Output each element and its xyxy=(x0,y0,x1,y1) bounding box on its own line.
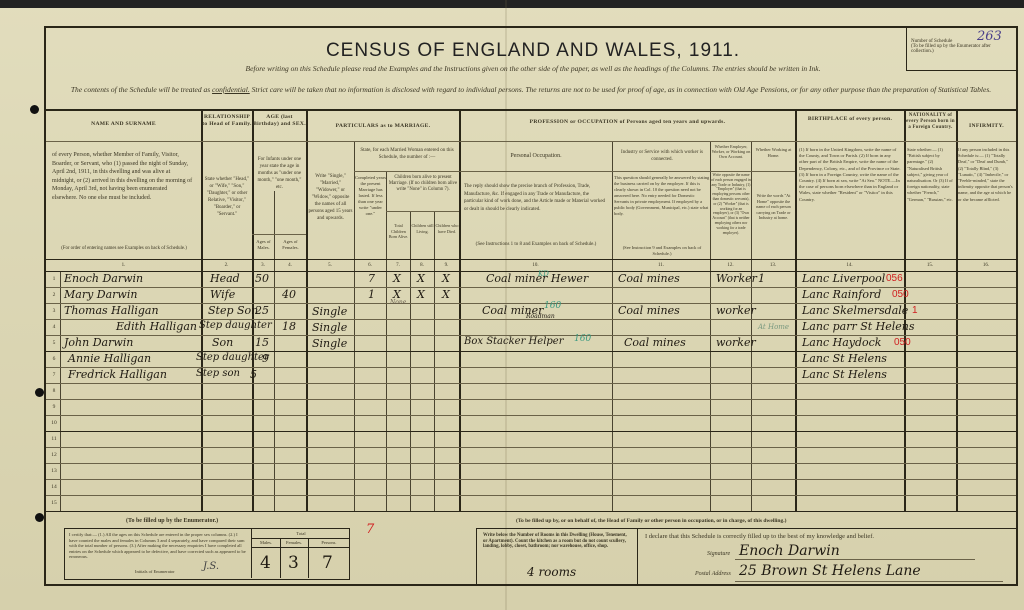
col-line xyxy=(434,211,435,511)
row-number: 6 xyxy=(48,356,60,362)
column-number: 15. xyxy=(904,263,956,268)
header-age-females: Ages of Females. xyxy=(275,239,306,250)
age-female: 40 xyxy=(282,288,296,301)
row-number: 12 xyxy=(48,452,60,458)
declaration: I declare that this Schedule is correctl… xyxy=(645,533,874,540)
total-persons: 7 xyxy=(322,553,333,573)
col-line xyxy=(612,141,613,511)
rooms-instruction: Write below the Number of Rooms in this … xyxy=(483,533,631,550)
column-number: 6. xyxy=(354,263,386,268)
person-name: Annie Halligan xyxy=(68,352,151,365)
relationship: Head xyxy=(210,272,240,285)
birthplace: Lanc Haydock xyxy=(802,336,881,349)
age-male: 5 xyxy=(250,368,257,381)
address-label: Postal Address xyxy=(695,571,731,577)
employment-status: worker xyxy=(716,304,756,317)
marital-status: Single xyxy=(312,305,347,318)
column-number: 7. xyxy=(386,263,410,268)
birthplace-code: 056 xyxy=(886,273,903,284)
at-home: At Home xyxy=(758,323,789,331)
enumerator-heading: (To be filled up by the Enumerator.) xyxy=(126,518,218,524)
age-female: 9 xyxy=(262,352,269,365)
persons-label: Persons. xyxy=(308,540,350,546)
birthplace-code: 050 xyxy=(894,337,911,348)
header-divider xyxy=(46,141,1016,142)
at-home: 1 xyxy=(758,272,765,285)
birthplace: Lanc Skelmersdale xyxy=(802,304,908,317)
column-number: 10. xyxy=(459,263,612,268)
row-number: 3 xyxy=(48,308,60,314)
header-nationality: NATIONALITY of every Person born in a Fo… xyxy=(906,113,955,130)
column-number: 8. xyxy=(410,263,434,268)
header-personal-occupation-desc: The reply should show the precise branch… xyxy=(464,183,608,213)
industry: Coal mines xyxy=(618,272,680,285)
relationship: Step daughter xyxy=(196,352,269,363)
row-number: 5 xyxy=(48,340,60,346)
birthplace: Lanc parr St Helens xyxy=(802,320,915,333)
enumerator-certify: I certify that:— (1.) All the ages on th… xyxy=(69,532,247,560)
row-number: 14 xyxy=(48,484,60,490)
rooms-count: 4 rooms xyxy=(527,565,576,579)
none-note: None xyxy=(390,299,406,306)
header-married-woman: State, for each Married Woman entered on… xyxy=(356,147,458,161)
column-number: 13. xyxy=(751,263,795,268)
row-number: 8 xyxy=(48,388,60,394)
row-number: 13 xyxy=(48,468,60,474)
header-name-note: (For order of entering names see Example… xyxy=(50,245,198,252)
relationship: Step Son xyxy=(208,304,258,317)
header-personal-occupation: Personal Occupation. xyxy=(460,153,612,160)
column-number: 1. xyxy=(46,263,201,268)
header-employer-desc: Write opposite the name of each person e… xyxy=(711,173,751,235)
header-age: AGE (last Birthday) and SEX. xyxy=(253,114,306,127)
person-name: Edith Halligan xyxy=(116,320,197,333)
enumerator-initials: J.S. xyxy=(203,561,219,572)
census-schedule-page: CENSUS OF ENGLAND AND WALES, 1911. Befor… xyxy=(0,0,1024,610)
header-birthplace: BIRTHPLACE of every person. xyxy=(808,116,892,122)
row-number: 7 xyxy=(48,372,60,378)
header-marriage-write: Write "Single," "Married," "Widower," or… xyxy=(308,173,353,222)
instruction-line: Before writing on this Schedule please r… xyxy=(46,64,1020,73)
marital-status: Single xyxy=(312,321,347,334)
employment-status: worker xyxy=(716,336,756,349)
scan-edge xyxy=(0,0,1024,8)
total-label: Total xyxy=(252,531,350,537)
person-name: Fredrick Halligan xyxy=(68,368,167,381)
schedule-number-box: Number of Schedule (To be filled up by t… xyxy=(906,27,1016,71)
signature: Enoch Darwin xyxy=(739,543,840,559)
header-marriage: PARTICULARS as to MARRIAGE. xyxy=(336,123,431,129)
birthplace: Lanc St Helens xyxy=(802,368,887,381)
header-relationship: RELATIONSHIP to Head of Family. xyxy=(202,114,252,127)
birthplace-code: 050 xyxy=(892,289,909,300)
males-label: Males. xyxy=(252,540,280,546)
person-name: Enoch Darwin xyxy=(64,272,143,285)
col-line xyxy=(306,111,308,511)
row-number: 11 xyxy=(48,436,60,442)
signature-label: Signature xyxy=(707,551,730,557)
head-section-heading: (To be filled up by, or on behalf of, th… xyxy=(516,518,786,524)
header-personal-occupation-note: (See Instructions 1 to 8 and Examples on… xyxy=(464,241,608,248)
age-male: 25 xyxy=(255,304,269,317)
census-table: NAME AND SURNAME of every Person, whethe… xyxy=(46,109,1016,511)
column-number: 12. xyxy=(710,263,751,268)
total-females: 3 xyxy=(288,553,299,573)
header-at-home: Whether Working at Home. xyxy=(752,147,795,158)
occupation-sub: Roadman xyxy=(526,313,555,320)
header-industry-note: (See Instruction 9 and Examples on back … xyxy=(614,245,710,256)
col-line xyxy=(60,271,61,511)
header-completed-years: Completed years the present Marriage has… xyxy=(355,175,386,217)
females-label: Females. xyxy=(280,540,308,546)
age-male: 50 xyxy=(255,272,269,285)
industry: Coal mines xyxy=(618,304,680,317)
person-name: Mary Darwin xyxy=(64,288,137,301)
birthplace: Lanc St Helens xyxy=(802,352,887,365)
birthplace-code: 1 xyxy=(912,305,918,316)
header-name-desc: of every Person, whether Member of Famil… xyxy=(52,151,194,202)
schedule-number: 263 xyxy=(977,29,1002,44)
header-employer: Whether Employer, Worker, or Working on … xyxy=(711,144,751,159)
header-have-died: Children who have Died. xyxy=(435,223,459,234)
column-number: 9. xyxy=(434,263,459,268)
children-died: X xyxy=(442,272,450,285)
children-died: X xyxy=(442,288,450,301)
marital-status: Single xyxy=(312,337,347,350)
page-title: CENSUS OF ENGLAND AND WALES, 1911. xyxy=(46,40,1020,62)
confidential-notice: The contents of the Schedule will be tre… xyxy=(56,84,1006,95)
occupation-code: 160 xyxy=(544,301,561,311)
header-industry: Industry or Service with which worker is… xyxy=(614,149,710,163)
header-divider xyxy=(354,171,459,172)
header-infirmity-desc: If any person included in this Schedule … xyxy=(958,147,1014,203)
col-line xyxy=(386,171,387,511)
occupation-code: KD xyxy=(538,270,549,278)
punch-hole xyxy=(30,105,39,114)
row-number: 10 xyxy=(48,420,60,426)
header-at-home-desc: Write the words "At Home" opposite the n… xyxy=(752,193,795,221)
header-divider xyxy=(252,234,306,235)
schedule-frame: CENSUS OF ENGLAND AND WALES, 1911. Befor… xyxy=(44,26,1018,586)
header-name: NAME AND SURNAME xyxy=(91,121,156,127)
column-number: 11. xyxy=(612,263,710,268)
row-number: 2 xyxy=(48,292,60,298)
punch-hole xyxy=(35,513,44,522)
children-living: X xyxy=(417,272,425,285)
header-divider xyxy=(386,211,459,212)
birthplace: Lanc Rainford xyxy=(802,288,881,301)
column-number: 4. xyxy=(274,263,306,268)
occupation-code: 160 xyxy=(574,334,591,344)
total-males: 4 xyxy=(260,553,271,573)
column-number: 3. xyxy=(252,263,274,268)
totals-area: Total Males. Females. Persons. 4 3 7 xyxy=(251,529,350,578)
personal-occupation: Box Stacker Helper xyxy=(464,336,564,347)
header-children-born: Children born alive to present Marriage.… xyxy=(387,175,459,193)
header-birthplace-desc: (1) If born in the United Kingdom, write… xyxy=(799,147,901,203)
head-section-box: Write below the Number of Rooms in this … xyxy=(476,528,1018,586)
header-age-desc: For Infants under one year state the age… xyxy=(254,156,305,191)
industry: Coal mines xyxy=(624,336,686,349)
column-number: 14. xyxy=(795,263,904,268)
children-living: X xyxy=(417,288,425,301)
header-age-males: Ages of Males. xyxy=(253,239,274,250)
birthplace: Lanc Liverpool xyxy=(802,272,885,285)
punch-hole xyxy=(35,388,44,397)
row-number: 1 xyxy=(48,276,60,282)
header-relationship-desc: State whether "Head," or "Wife," "Son," … xyxy=(204,176,250,218)
header-divider xyxy=(46,259,1016,260)
red-tally-mark: 7 xyxy=(366,522,374,537)
enumerator-box: I certify that:— (1.) All the ages on th… xyxy=(64,528,350,580)
person-name: John Darwin xyxy=(64,336,133,349)
header-still-living: Children still Living. xyxy=(411,223,434,234)
column-number: 2. xyxy=(201,263,252,268)
postal-address: 25 Brown St Helens Lane xyxy=(739,563,921,579)
header-profession: PROFESSION or OCCUPATION of Persons aged… xyxy=(530,119,726,125)
col-line xyxy=(410,211,411,511)
age-female: 18 xyxy=(282,320,296,333)
col-line xyxy=(201,111,203,511)
header-industry-desc: This question should generally be answer… xyxy=(614,175,710,217)
marriage-years: 7 xyxy=(368,272,375,285)
header-infirmity: INFIRMITY. xyxy=(969,123,1004,129)
column-number: 5. xyxy=(306,263,354,268)
children-born: X xyxy=(393,272,401,285)
relationship: Step daughter xyxy=(199,320,272,331)
relationship: Step son xyxy=(196,368,240,379)
row-number: 4 xyxy=(48,324,60,330)
person-name: Thomas Halligan xyxy=(64,304,159,317)
row-number: 15 xyxy=(48,500,60,506)
header-divider xyxy=(459,171,795,172)
col-line xyxy=(795,111,797,511)
header-total-born: Total Children Born Alive. xyxy=(387,223,410,240)
initials-label: Initials of Enumerator xyxy=(135,569,175,575)
column-number: 16. xyxy=(956,263,1016,268)
marriage-years: 1 xyxy=(368,288,375,301)
row-number: 9 xyxy=(48,404,60,410)
employment-status: Worker xyxy=(716,272,757,285)
relationship: Wife xyxy=(210,288,235,301)
age-male: 15 xyxy=(255,336,269,349)
header-nationality-desc: State whether:— (1) "British subject by … xyxy=(907,147,955,203)
relationship: Son xyxy=(212,336,233,349)
